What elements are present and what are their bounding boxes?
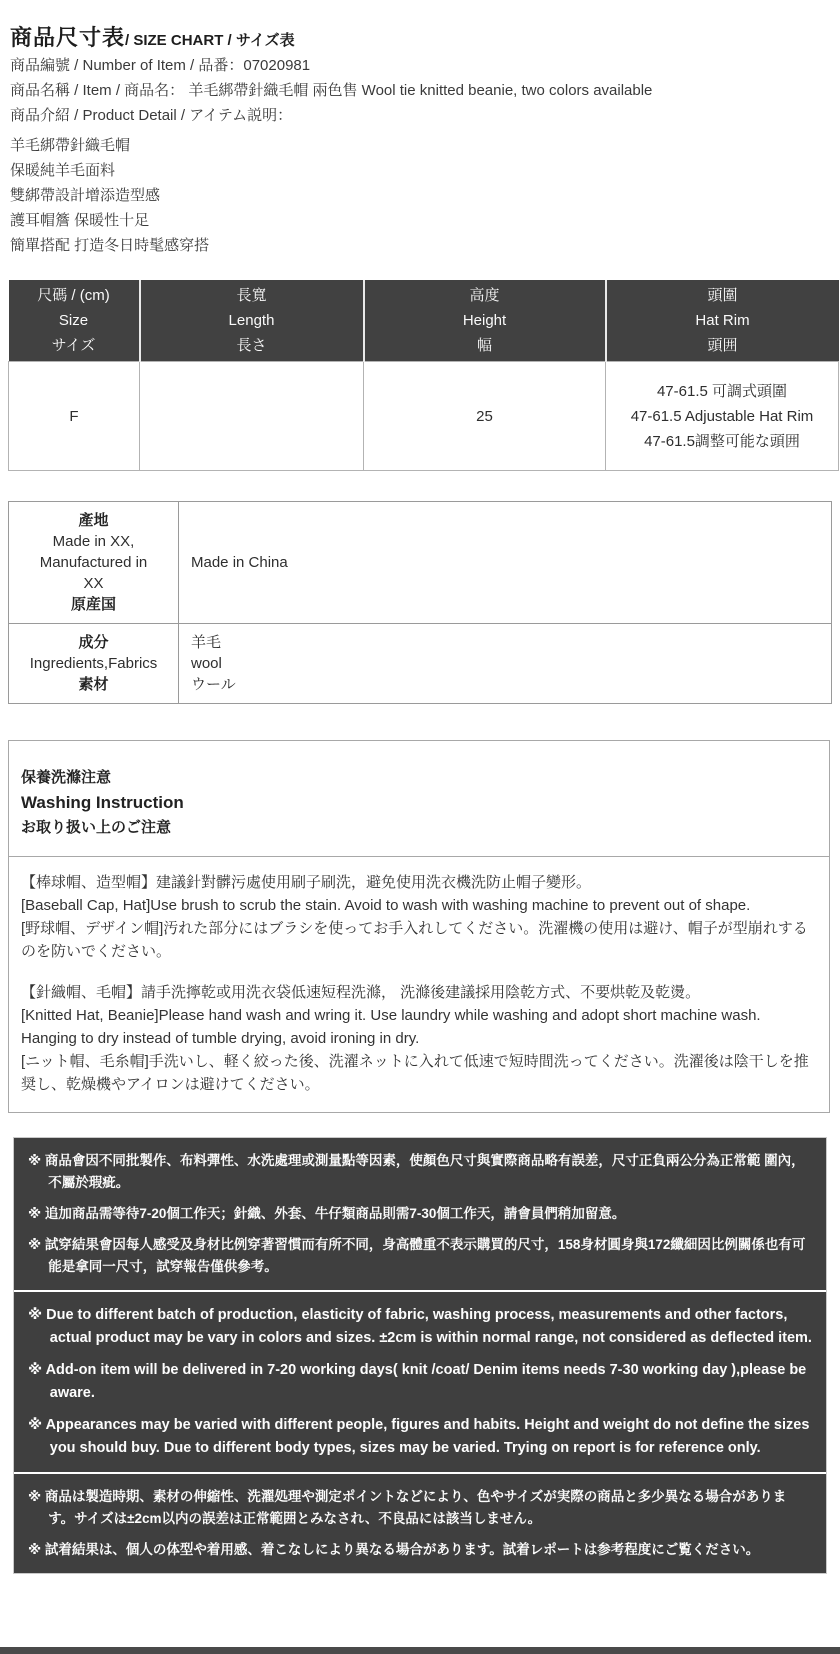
- notice-box-zh: ※ 商品會因不同批製作、布料彈性、水洗處理或測量點等因素，使顏色尺寸與實際商品略…: [14, 1138, 826, 1290]
- header-length: 長寬 Length 長さ: [140, 280, 364, 362]
- header-hat-rim: 頭圍 Hat Rim 頭囲: [606, 280, 839, 362]
- header-length-ja: 長さ: [141, 333, 363, 358]
- header-length-en: Length: [141, 308, 363, 333]
- notice-zh-3: ※ 試穿結果會因每人感受及身材比例穿著習慣而有所不同，身高體重不表示購買的尺寸，…: [28, 1234, 812, 1278]
- washing-p2-ja: [ニット帽、毛糸帽]手洗いし、軽く絞った後、洗濯ネットに入れて低速で短時間洗って…: [21, 1050, 817, 1096]
- origin-label-en3: XX: [11, 573, 176, 594]
- hat-rim-en: 47-61.5 Adjustable Hat Rim: [620, 404, 824, 429]
- notice-box-ja: ※ 商品は製造時期、素材の伸縮性、洗濯処理や測定ポイントなどにより、色やサイズが…: [14, 1472, 826, 1573]
- origin-row: 產地 Made in XX, Manufactured in XX 原産国 Ma…: [9, 502, 832, 624]
- fabric-value-ja: ウール: [191, 674, 827, 695]
- washing-instruction-title: 保養洗滌注意 Washing Instruction お取り扱い上のご注意: [9, 741, 829, 856]
- header-length-zh: 長寬: [141, 283, 363, 308]
- header-size-ja: サイズ: [9, 333, 139, 358]
- fabric-label-zh: 成分: [11, 632, 176, 653]
- cell-height-value: 25: [364, 362, 606, 471]
- origin-label-zh: 產地: [11, 510, 176, 531]
- origin-value: Made in China: [179, 502, 832, 624]
- page-header: 商品尺寸表/ SIZE CHART / サイズ表 商品編號 / Number o…: [10, 16, 830, 128]
- header-height: 高度 Height 幅: [364, 280, 606, 362]
- description-line: 雙綁帶設計增添造型感: [10, 183, 830, 208]
- product-detail-line: 商品介紹 / Product Detail / アイテム説明：: [10, 103, 830, 128]
- washing-instruction-box: 保養洗滌注意 Washing Instruction お取り扱い上のご注意 【棒…: [8, 740, 830, 1113]
- washing-instruction-body: 【棒球帽、造型帽】建議針對髒污處使用刷子刷洗，避免使用洗衣機洗防止帽子變形。 […: [9, 856, 829, 1112]
- origin-label: 產地 Made in XX, Manufactured in XX 原産国: [9, 502, 179, 624]
- cell-hat-rim-value: 47-61.5 可調式頭圍 47-61.5 Adjustable Hat Rim…: [606, 362, 839, 471]
- product-info-table: 產地 Made in XX, Manufactured in XX 原産国 Ma…: [8, 501, 832, 704]
- product-description: 羊毛綁帶針織毛帽 保暖純羊毛面料 雙綁帶設計增添造型感 護耳帽簷 保暖性十足 簡…: [10, 133, 830, 258]
- fabric-label-en: Ingredients,Fabrics: [11, 653, 176, 674]
- header-size: 尺碼 / (cm) Size サイズ: [9, 280, 140, 362]
- description-line: 保暖純羊毛面料: [10, 158, 830, 183]
- notice-box-en: ※ Due to different batch of production, …: [14, 1290, 826, 1472]
- washing-p2-zh: 【針織帽、毛帽】請手洗擰乾或用洗衣袋低速短程洗滌， 洗滌後建議採用陰乾方式、不要…: [21, 981, 817, 1004]
- item-number-line: 商品編號 / Number of Item / 品番：07020981: [10, 53, 830, 78]
- description-line: 羊毛綁帶針織毛帽: [10, 133, 830, 158]
- header-height-ja: 幅: [365, 333, 605, 358]
- fabric-value: 羊毛 wool ウール: [179, 624, 832, 704]
- page-title: 商品尺寸表/ SIZE CHART / サイズ表: [10, 16, 830, 53]
- hat-rim-zh: 47-61.5 可調式頭圍: [620, 379, 824, 404]
- washing-p1-ja: [野球帽、デザイン帽]汚れた部分にはブラシを使ってお手入れしてください。洗濯機の…: [21, 917, 817, 963]
- washing-title-ja: お取り扱い上のご注意: [21, 815, 817, 840]
- header-hat-rim-en: Hat Rim: [607, 308, 839, 333]
- item-name-line: 商品名稱 / Item / 商品名： 羊毛綁帶針織毛帽 兩色售 Wool tie…: [10, 78, 830, 103]
- notice-en-2: ※ Add-on item will be delivered in 7-20 …: [28, 1359, 812, 1405]
- washing-paragraph-knit: 【針織帽、毛帽】請手洗擰乾或用洗衣袋低速短程洗滌， 洗滌後建議採用陰乾方式、不要…: [21, 981, 817, 1096]
- hat-rim-ja: 47-61.5調整可能な頭囲: [620, 429, 824, 454]
- notice-section: ※ 商品會因不同批製作、布料彈性、水洗處理或測量點等因素，使顏色尺寸與實際商品略…: [13, 1137, 827, 1574]
- fabric-value-zh: 羊毛: [191, 632, 827, 653]
- cell-size-value: F: [9, 362, 140, 471]
- bottom-divider-bar: [0, 1647, 840, 1654]
- size-chart-table: 尺碼 / (cm) Size サイズ 長寬 Length 長さ 高度 Heigh…: [8, 280, 839, 471]
- washing-p1-zh: 【棒球帽、造型帽】建議針對髒污處使用刷子刷洗，避免使用洗衣機洗防止帽子變形。: [21, 871, 817, 894]
- washing-p2-en: [Knitted Hat, Beanie]Please hand wash an…: [21, 1004, 817, 1050]
- description-line: 護耳帽簷 保暖性十足: [10, 208, 830, 233]
- header-height-zh: 高度: [365, 283, 605, 308]
- notice-ja-2: ※ 試着結果は、個人の体型や着用感、着こなしにより異なる場合があります。試着レポ…: [28, 1539, 812, 1561]
- fabric-row: 成分 Ingredients,Fabrics 素材 羊毛 wool ウール: [9, 624, 832, 704]
- header-hat-rim-ja: 頭囲: [607, 333, 839, 358]
- page-title-suffix: / SIZE CHART / サイズ表: [125, 32, 295, 49]
- header-height-en: Height: [365, 308, 605, 333]
- size-chart-header-row: 尺碼 / (cm) Size サイズ 長寬 Length 長さ 高度 Heigh…: [9, 280, 839, 362]
- size-chart-page: 商品尺寸表/ SIZE CHART / サイズ表 商品編號 / Number o…: [0, 0, 840, 1574]
- notice-en-3: ※ Appearances may be varied with differe…: [28, 1414, 812, 1460]
- origin-label-ja: 原産国: [11, 594, 176, 615]
- fabric-value-en: wool: [191, 653, 827, 674]
- notice-ja-1: ※ 商品は製造時期、素材の伸縮性、洗濯処理や測定ポイントなどにより、色やサイズが…: [28, 1486, 812, 1530]
- origin-label-en2: Manufactured in: [11, 552, 176, 573]
- washing-title-en: Washing Instruction: [21, 790, 817, 815]
- washing-p1-en: [Baseball Cap, Hat]Use brush to scrub th…: [21, 894, 817, 917]
- description-line: 簡單搭配 打造冬日時髦感穿搭: [10, 233, 830, 258]
- washing-paragraph-cap: 【棒球帽、造型帽】建議針對髒污處使用刷子刷洗，避免使用洗衣機洗防止帽子變形。 […: [21, 871, 817, 963]
- cell-length-value: [140, 362, 364, 471]
- origin-label-en1: Made in XX,: [11, 531, 176, 552]
- page-title-zh: 商品尺寸表: [10, 25, 125, 50]
- header-hat-rim-zh: 頭圍: [607, 283, 839, 308]
- fabric-label: 成分 Ingredients,Fabrics 素材: [9, 624, 179, 704]
- size-chart-data-row: F 25 47-61.5 可調式頭圍 47-61.5 Adjustable Ha…: [9, 362, 839, 471]
- washing-title-zh: 保養洗滌注意: [21, 765, 817, 790]
- header-size-en: Size: [9, 308, 139, 333]
- header-size-zh: 尺碼 / (cm): [9, 283, 139, 308]
- notice-en-1: ※ Due to different batch of production, …: [28, 1304, 812, 1350]
- notice-zh-1: ※ 商品會因不同批製作、布料彈性、水洗處理或測量點等因素，使顏色尺寸與實際商品略…: [28, 1150, 812, 1194]
- notice-zh-2: ※ 追加商品需等待7-20個工作天；針織、外套、牛仔類商品則需7-30個工作天，…: [28, 1203, 812, 1225]
- fabric-label-ja: 素材: [11, 674, 176, 695]
